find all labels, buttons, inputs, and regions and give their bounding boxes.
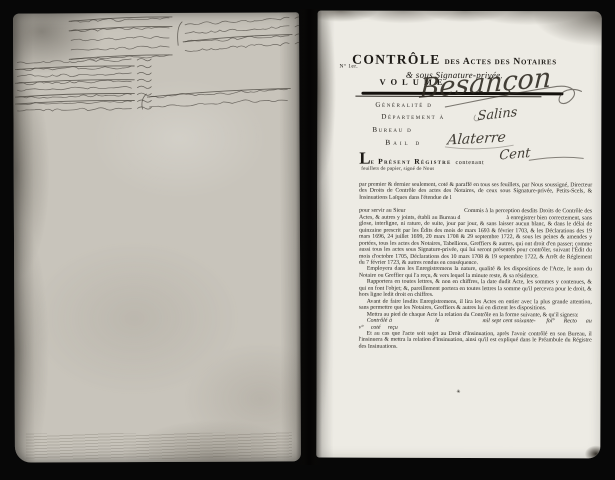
printed-paragraph: Employera dans les Enregistremens la nat… <box>359 266 592 280</box>
handwriting-stroke <box>17 59 131 63</box>
handwriting-stroke <box>17 87 131 92</box>
drop-capital: L <box>359 149 370 168</box>
field-label-departement: Département à <box>381 113 445 121</box>
handwriting-stroke <box>185 43 289 52</box>
handwriting-stroke <box>185 17 289 25</box>
handwriting-stroke <box>17 108 131 112</box>
printed-paragraph: Rapportera en toutes lettres, & non en c… <box>359 279 592 299</box>
handwriting-stroke <box>71 36 169 40</box>
handwriting-stroke <box>137 93 151 95</box>
field-label-bureau: Bureau d <box>372 126 412 134</box>
handwriting-stroke <box>149 89 287 98</box>
handwriting-stroke <box>137 79 151 81</box>
printed-paragraph: par premier & dernier seulement, coté & … <box>359 182 592 202</box>
handwriting-stroke <box>185 26 289 34</box>
handwritten-bail-value: Alaterre <box>447 130 507 149</box>
left-page <box>13 12 301 462</box>
handwriting-stroke <box>71 46 169 50</box>
handwriting-stroke <box>137 86 151 88</box>
handwriting-stroke <box>178 22 183 45</box>
printed-paragraph: Avant de faire lesdits Enregistremens, i… <box>359 298 592 312</box>
register-lead: e Présent Régistre <box>371 157 452 166</box>
handwriting-stroke <box>137 59 151 61</box>
book-gutter <box>296 9 322 465</box>
scanned-register-spread: N° 1er. CONTRÔLE des Actes des Notaires … <box>0 0 615 480</box>
handwriting-stroke <box>17 73 131 77</box>
handwriting-stroke <box>137 65 151 67</box>
title-main: CONTRÔLE <box>352 52 441 67</box>
handwriting-stroke <box>137 72 151 74</box>
handwriting-stroke <box>69 17 172 21</box>
printed-paragraph: pour servir au Sieur Commis à la percept… <box>359 208 592 267</box>
handwriting-stroke <box>137 100 151 102</box>
printed-body-text: par premier & dernier seulement, coté & … <box>359 182 593 351</box>
printed-paragraph: Contrôlé à le mil sept cent soixante- fo… <box>359 318 592 332</box>
handwritten-notes <box>13 12 301 462</box>
printers-ornament: ✳ <box>316 389 600 396</box>
register-rest: contenant <box>455 160 484 166</box>
register-subline: feuillets de papier, signé de Nous <box>361 167 434 172</box>
printed-paragraph: Et au cas que l'acte soit sujet au Droit… <box>359 331 592 351</box>
handwriting-stroke <box>149 100 287 107</box>
handwritten-folio-count: Cent <box>499 146 531 164</box>
right-page: N° 1er. CONTRÔLE des Actes des Notaires … <box>316 11 601 459</box>
field-label-bail: Bail d <box>385 138 422 147</box>
